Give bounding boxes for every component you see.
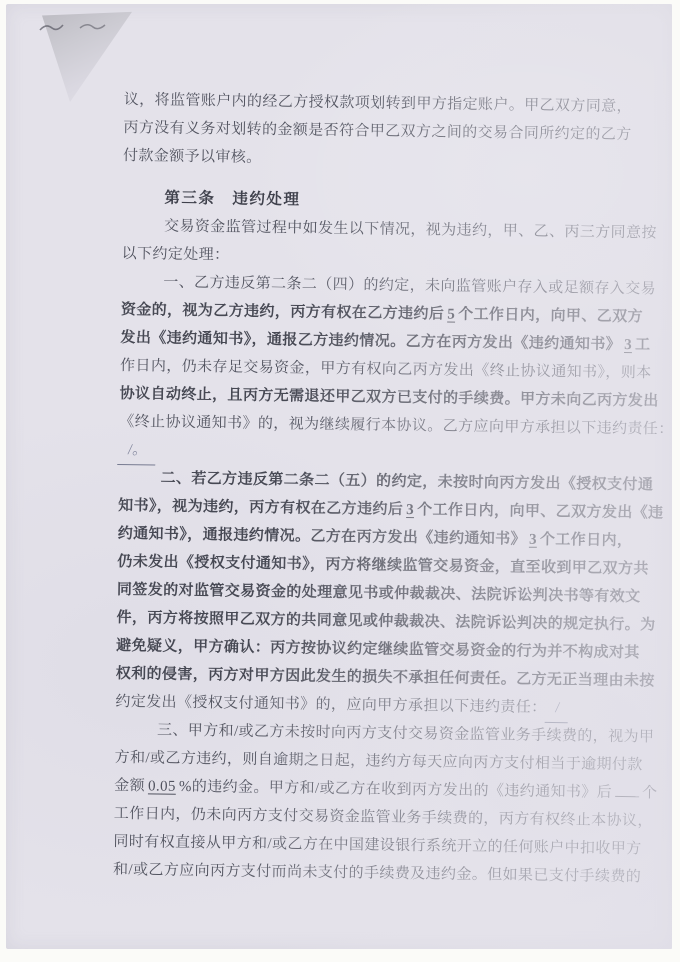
paragraph-indent: [115, 734, 157, 735]
text-segment: 个工作日内，: [540, 532, 633, 549]
filled-in-value: 3: [526, 532, 540, 548]
text-segment: 《终止协议通知书》的，视为继续履行本协议。乙方应向甲方承担以下违约责任：: [119, 414, 674, 438]
paragraph-indent: [121, 286, 163, 287]
text-segment: %的违约金。甲方和/或乙方在收到丙方发出的《违约通知书》后: [179, 779, 612, 801]
text-segment: 个工作日内，向甲、乙双方: [458, 307, 643, 326]
handwritten-mark: /。: [117, 436, 158, 465]
text-segment: 约通知书》，通报违约情况。乙方在丙方发出《违约通知书》: [118, 526, 526, 548]
filled-in-value: 3: [621, 337, 635, 353]
text-segment: 发出《违约通知书》，通报乙方违约情况。乙方在丙方发出《违约通知书》: [120, 330, 621, 353]
scanned-contract-page: 议，将监管账户内的经乙方授权款项划转到甲方指定账户。甲乙双方同意，丙方没有义务对…: [6, 4, 672, 949]
text-segment: 丙方没有义务对划转的金额是否符合甲乙双方之间的交易合同所约定的乙方: [123, 120, 631, 143]
text-segment: 协议自动终止，且丙方无需退还甲乙双方已支付的手续费。甲方未向乙丙方发出: [120, 386, 659, 410]
contract-body-text: 议，将监管账户内的经乙方授权款项划转到甲方指定账户。甲乙双方同意，丙方没有义务对…: [113, 86, 636, 891]
document-line: 和/或乙方应向丙方支付而尚未支付的手续费及违约金。但如果已支付手续费的: [113, 856, 625, 891]
text-segment: 交易资金监管过程中如发生以下情况，视为违约，甲、乙、丙三方同意按: [164, 219, 657, 242]
blank-underline: [615, 783, 639, 797]
text-segment: 知书》，视为违约，丙方有权在乙方违约后: [118, 498, 403, 518]
text-segment: 仍未发出《授权支付通知书》，丙方将继续监管交易资金，直至收到甲乙双方共: [117, 554, 649, 577]
text-segment: 付款金额予以审核。: [123, 148, 262, 166]
text-segment: 同时有权直接从甲方和/或乙方在中国建设银行系统开立的任何账户中扣收甲方: [113, 834, 641, 857]
text-segment: 第三条 违约处理: [164, 190, 300, 209]
text-segment: 三、甲方和/或乙方未按时向丙方支付交易资金监管业务手续费的，视为甲: [157, 723, 655, 746]
text-segment: 权利的侵害，丙方对甲方因此发生的损失不承担任何责任。乙方无正当理由未按: [116, 666, 655, 690]
text-segment: 以下约定处理：: [122, 246, 230, 264]
paragraph-indent: [122, 230, 164, 231]
text-segment: 作日内，仍未存足交易资金，甲方有权向乙丙方发出《终止协议通知书》，则本: [120, 358, 652, 381]
pen-scribble-icon: [36, 18, 126, 44]
text-segment: 方和/或乙方违约，则自逾期之日起，违约方每天应向丙方支付相当于逾期付款: [115, 750, 643, 773]
text-segment: 金额: [114, 778, 145, 794]
paragraph-indent: [118, 482, 160, 483]
filled-in-value: 0.05: [145, 778, 179, 794]
filled-in-value: 3: [403, 502, 417, 518]
filled-in-value: 5: [444, 306, 458, 322]
text-segment: 避免疑义，甲方确认：丙方按协议约定继续监管交易资金的行为并不构成对其: [116, 638, 640, 661]
text-segment: 和/或乙方应向丙方支付而尚未支付的手续费及违约金。但如果已支付手续费的: [113, 862, 641, 885]
text-segment: 同签发的对监管交易资金的处理意见书或仲裁裁决、法院诉讼判决书等有效文: [117, 582, 641, 605]
text-segment: 二、若乙方违反第二条二（五）的约定，未按时向丙方发出《授权支付通: [160, 471, 653, 494]
text-segment: 个工作日内，向甲、乙双方发出《违: [417, 502, 664, 521]
text-segment: 资金的，视为乙方违约，丙方有权在乙方违约后: [121, 302, 445, 323]
text-segment: 工: [635, 337, 651, 353]
text-segment: 约定发出《授权支付通知书》的，应向甲方承担以下违约责任：: [115, 694, 546, 716]
text-segment: 工作日内，仍未向丙方支付交易资金监管业务手续费的，丙方有权终止本协议，: [114, 806, 653, 830]
paragraph-indent: [122, 202, 164, 203]
text-segment: 个: [642, 785, 658, 801]
text-segment: 一、乙方违反第二条二（四）的约定，未向监管账户存入或足额存入交易: [163, 275, 656, 298]
text-segment: 件，丙方将按照甲乙双方的共同意见或仲裁裁决、法院诉讼判决的规定执行。为: [116, 610, 655, 634]
handwritten-mark: /: [545, 694, 571, 723]
text-segment: 议，将监管账户内的经乙方授权款项划转到甲方指定账户。甲乙双方同意，: [124, 92, 632, 115]
